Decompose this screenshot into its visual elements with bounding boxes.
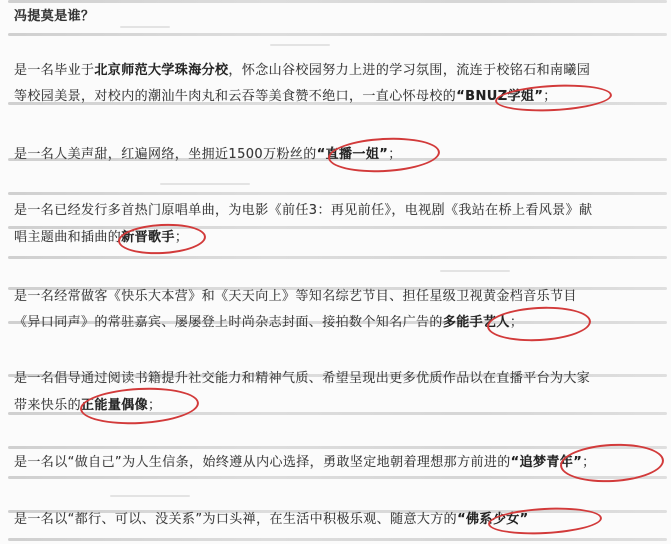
text-segment: ； [510,315,523,330]
text-segment: ； [582,455,595,470]
texture-smudge [120,26,170,28]
text-segment: 《异口同声》的常驻嘉宾、屡屡登上时尚杂志封面、接拍数个知名广告的 [14,315,443,330]
text-segment: 是一名以“做自己”为人生信条，始终遵从内心选择，勇敢坚定地朝着理想那方前进的 [14,455,511,470]
highlighted-keyword: “追梦青年” [511,455,583,470]
text-segment: 是一名已经发行多首热门原唱单曲，为电影《前任3：再见前任》，电视剧《我站在桥上看… [14,203,592,218]
text-segment: 是一名以“都行、可以、没关系”为口头禅，在生活中积极乐观、随意大方的 [14,512,457,527]
paragraph-6-line-1: 是一名以“做自己”为人生信条，始终遵从内心选择，勇敢坚定地朝着理想那方前进的“追… [14,454,596,472]
paragraph-5-line-2: 带来快乐的正能量偶像； [14,397,161,415]
paragraph-7-line-1: 是一名以“都行、可以、没关系”为口头禅，在生活中积极乐观、随意大方的“佛系少女” [14,511,529,529]
highlighted-keyword: “直播一姐” [317,147,389,162]
highlighted-keyword: “佛系少女” [457,512,529,527]
texture-smudge [110,495,190,497]
highlighted-keyword: 新晋歌手 [121,230,175,245]
highlighted-keyword: 多能手艺人 [443,315,510,330]
paragraph-2-line-1: 是一名人美声甜，红遍网络，坐拥近1500万粉丝的“直播一姐”； [14,146,402,164]
text-segment: 是一名毕业于 [14,63,94,78]
bold-keyword: 北京师范大学珠海分校 [94,63,228,78]
paragraph-5-line-1: 是一名倡导通过阅读书籍提升社交能力和精神气质、希望呈现出更多优质作品以在直播平台… [14,370,590,388]
text-segment: ； [175,230,188,245]
text-segment: 唱主题曲和插曲的 [14,230,121,245]
paragraph-1-line-2: 等校园美景，对校内的潮汕牛肉丸和云吞等美食赞不绝口，一直心怀母校的“BNUZ学姐… [14,88,557,106]
texture-smudge [270,44,330,46]
ruled-line [8,476,667,479]
document-page: 冯提莫是谁？ 是一名毕业于北京师范大学珠海分校，怀念山谷校园努力上进的学习氛围，… [0,0,671,544]
ruled-line [8,446,667,449]
paragraph-1-line-1: 是一名毕业于北京师范大学珠海分校，怀念山谷校园努力上进的学习氛围，流连于校铭石和… [14,62,590,80]
paragraph-4-line-1: 是一名经常做客《快乐大本营》和《天天向上》等知名综艺节目、担任星级卫视黄金档音乐… [14,288,577,306]
text-segment: ； [388,147,401,162]
texture-smudge [160,183,250,185]
highlighted-keyword: 正能量偶像 [81,398,148,413]
text-segment: 是一名倡导通过阅读书籍提升社交能力和精神气质、希望呈现出更多优质作品以在直播平台… [14,371,590,386]
paragraph-3-line-2: 唱主题曲和插曲的新晋歌手； [14,229,188,247]
ruled-line [8,192,667,195]
text-segment: 是一名人美声甜，红遍网络，坐拥近1500万粉丝的 [14,147,317,162]
text-segment: 等校园美景，对校内的潮汕牛肉丸和云吞等美食赞不绝口，一直心怀母校的 [14,89,456,104]
text-segment: 带来快乐的 [14,398,81,413]
text-segment: ，怀念山谷校园努力上进的学习氛围，流连于校铭石和南曦园 [228,63,590,78]
text-segment: ； [148,398,161,413]
texture-smudge [440,270,510,272]
text-segment: ； [543,89,556,104]
paragraph-4-line-2: 《异口同声》的常驻嘉宾、屡屡登上时尚杂志封面、接拍数个知名广告的多能手艺人； [14,314,523,332]
text-segment: 是一名经常做客《快乐大本营》和《天天向上》等知名综艺节目、担任星级卫视黄金档音乐… [14,289,577,304]
highlighted-keyword: “BNUZ学姐” [456,89,543,104]
ruled-line [8,256,667,259]
ruled-line [8,538,667,541]
page-heading: 冯提莫是谁？ [14,8,94,26]
ruled-line [8,33,667,36]
paragraph-3-line-1: 是一名已经发行多首热门原唱单曲，为电影《前任3：再见前任》，电视剧《我站在桥上看… [14,202,592,220]
ruled-line [8,0,667,3]
